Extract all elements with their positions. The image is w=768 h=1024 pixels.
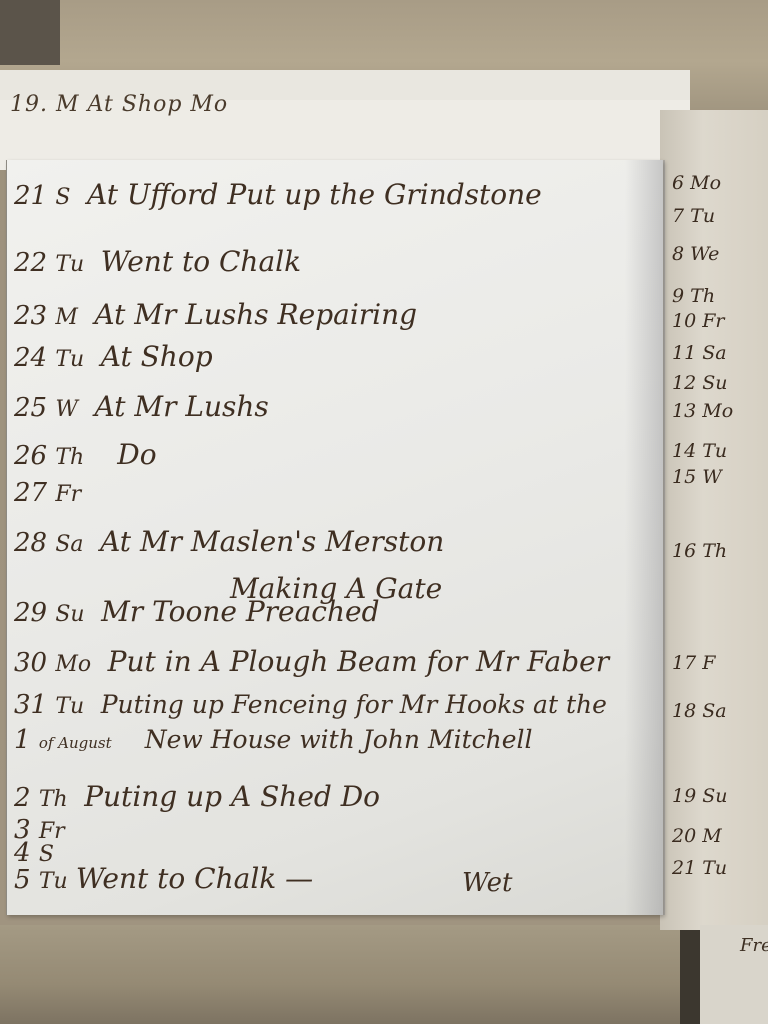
diary-entry: 28 Sa At Mr Maslen's Merston [14,525,444,558]
right-entry: 11 Sa [672,342,727,364]
background-sheet-line: 19. M At Shop Mo [10,92,228,117]
diary-entry: 29 Su Mr Toone Preached [14,595,380,628]
dark-corner [0,0,60,65]
diary-entry: 2 Th Puting up A Shed Do [14,780,380,813]
right-page [660,110,768,930]
diary-entry: 23 M At Mr Lushs Repairing [14,298,417,331]
right-entry: 12 Su [672,372,728,394]
diary-entry: 1 of August New House with John Mitchell [14,725,533,755]
right-entry: 7 Tu [672,205,715,227]
right-entry: 10 Fr [672,310,725,332]
diary-entry: 25 W At Mr Lushs [14,390,269,423]
right-entry: 17 F [672,652,715,674]
right-entry: 16 Th [672,540,727,562]
right-entry: 6 Mo [672,172,721,194]
wooden-surface-bottom [0,925,768,1024]
right-entry: 20 M [672,825,722,847]
weather-note: Wet [462,868,512,898]
diary-entry: 31 Tu Puting up Fenceing for Mr Hooks at… [14,690,607,720]
diary-entry: 22 Tu Went to Chalk [14,245,301,278]
diary-entry: 24 Tu At Shop [14,340,213,373]
right-entry: 21 Tu [672,857,727,879]
diary-entry: 30 Mo Put in A Plough Beam for Mr Faber [14,645,609,678]
right-strip-text: Fre [740,935,768,956]
right-entry: 8 We [672,243,719,265]
right-entry: 14 Tu [672,440,727,462]
diary-entry: 27 Fr [14,478,81,508]
right-entry: 15 W [672,466,722,488]
diary-entry: 26 Th Do [14,438,157,471]
right-entry: 13 Mo [672,400,733,422]
right-entry: 9 Th [672,285,715,307]
diary-entry: 5 Tu Went to Chalk — [14,862,313,895]
right-entry: 18 Sa [672,700,727,722]
diary-entry: 21 S At Ufford Put up the Grindstone [14,178,542,211]
right-entry: 19 Su [672,785,728,807]
page-shadow [625,160,665,915]
